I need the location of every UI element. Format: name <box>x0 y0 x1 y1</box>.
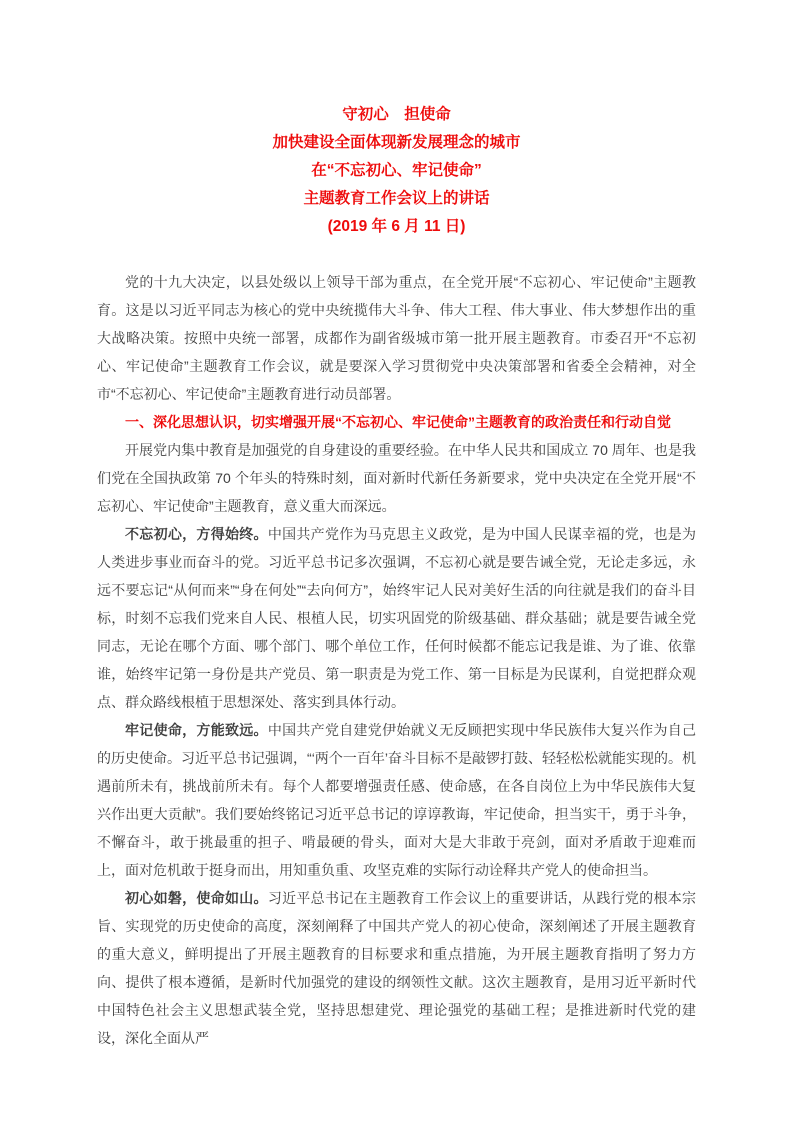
body-paragraph: 党的十九大决定，以县处级以上领导干部为重点，在全党开展“不忘初心、牢记使命”主题… <box>97 268 696 408</box>
body-paragraph: 牢记使命，方能致远。中国共产党自建党伊始就义无反顾把实现中华民族伟大复兴作为自己… <box>97 716 696 884</box>
document-page: 守初心 担使命 加快建设全面体现新发展理念的城市 在“不忘初心、牢记使命” 主题… <box>0 0 793 1122</box>
document-title-line-3: 在“不忘初心、牢记使命” <box>97 157 696 185</box>
body-paragraph: 初心如磐，使命如山。习近平总书记在主题教育工作会议上的重要讲话，从践行党的根本宗… <box>97 884 696 1052</box>
document-title-line-1: 守初心 担使命 <box>97 101 696 129</box>
document-body: 党的十九大决定，以县处级以上领导干部为重点，在全党开展“不忘初心、牢记使命”主题… <box>97 268 696 1052</box>
paragraph-lead: 牢记使命，方能致远。 <box>125 722 268 738</box>
paragraph-lead: 初心如磐，使命如山。 <box>125 890 268 906</box>
document-title-date: (2019 年 6 月 11 日) <box>97 213 696 241</box>
paragraph-lead: 不忘初心，方得始终。 <box>125 526 268 542</box>
body-paragraph: 开展党内集中教育是加强党的自身建设的重要经验。在中华人民共和国成立 70 周年、… <box>97 436 696 520</box>
document-title-line-2: 加快建设全面体现新发展理念的城市 <box>97 129 696 157</box>
document-title-block: 守初心 担使命 加快建设全面体现新发展理念的城市 在“不忘初心、牢记使命” 主题… <box>97 101 696 241</box>
document-title-line-4: 主题教育工作会议上的讲话 <box>97 185 696 213</box>
body-paragraph: 不忘初心，方得始终。中国共产党作为马克思主义政党，是为中国人民谋幸福的党，也是为… <box>97 520 696 716</box>
section-heading: 一、深化思想认识，切实增强开展“不忘初心、牢记使命”主题教育的政治责任和行动自觉 <box>97 408 696 436</box>
